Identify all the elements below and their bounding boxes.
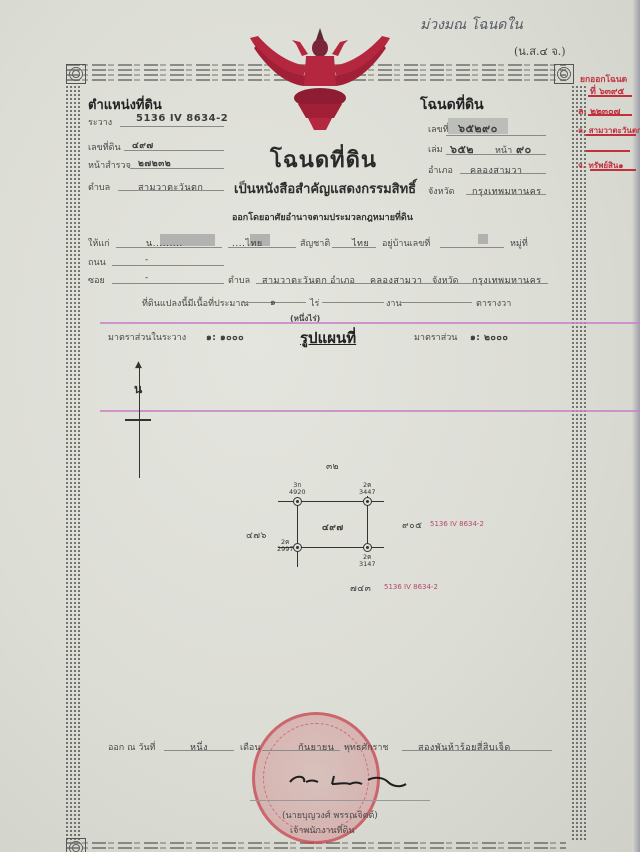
handwritten-note: ม่วงมณ โฉนดใน — [420, 14, 523, 36]
neighbor-top: ๓๒ — [326, 459, 339, 473]
underline — [256, 283, 548, 284]
boundary-marker-icon — [363, 543, 372, 552]
soi-label: ซอย — [88, 273, 105, 287]
document-subtitle: เป็นหนังสือสำคัญแสดงกรรมสิทธิ์ — [234, 178, 416, 199]
parcel-number: ๔๙๗ — [322, 520, 344, 534]
signature — [288, 770, 408, 792]
deed-heading: โฉนดที่ดิน — [420, 94, 484, 116]
year-label: พุทธศักราช — [344, 740, 389, 754]
boundary-marker-icon — [363, 497, 372, 506]
marker-code: 2ฅ3147 — [359, 554, 376, 568]
underline — [460, 173, 546, 174]
red-underline — [586, 150, 630, 152]
neighbor-bottom: ๗๔๓ — [350, 581, 371, 595]
province-value: กรุงเทพมหานคร — [472, 273, 542, 287]
soi-value: - — [145, 273, 149, 283]
neighbor-right: ๙๐๕ — [402, 518, 422, 532]
corner-ornament-icon — [66, 64, 86, 84]
north-label: น — [134, 380, 142, 399]
signature-line — [250, 800, 430, 801]
owner-to-label: ให้แก่ — [88, 236, 110, 250]
province-value-top: กรุงเทพมหานคร — [472, 184, 542, 198]
grid-scale-value: ๑: ๑๐๐๐ — [206, 330, 244, 344]
security-border-left — [66, 86, 82, 842]
month-label: เดือน — [240, 740, 260, 754]
province-label: จังหวัด — [432, 273, 459, 287]
issue-month: กันยายน — [298, 740, 334, 754]
tambon-label: ตำบล — [228, 273, 250, 287]
page-value: ๙๐ — [516, 140, 532, 158]
issue-day: หนึ่ง — [190, 740, 208, 754]
area-rai-value: ๑ — [270, 295, 276, 309]
area-label: ที่ดินแปลงนี้มีเนื้อที่ประมาณ — [142, 296, 249, 310]
tambon-value-top: สามวาตะวันตก — [138, 180, 203, 194]
deed-no-label: เลขที่ — [428, 122, 449, 136]
underline — [440, 247, 504, 248]
underline — [446, 135, 546, 136]
underline — [130, 168, 224, 169]
corner-ornament-icon — [554, 64, 574, 84]
marker-code: 3ก4920 — [289, 482, 306, 496]
neighbor-left: ๔๗๖ — [246, 528, 267, 542]
red-underline — [588, 114, 632, 116]
side-note-3: ล. ๒๒๓๐๗ — [578, 104, 620, 118]
pink-ruled-line — [100, 410, 640, 412]
road-label: ถนน — [88, 255, 106, 269]
corner-ornament-icon — [66, 838, 86, 852]
underline — [120, 126, 224, 127]
book-label: เล่ม — [428, 142, 443, 156]
underline — [112, 283, 224, 284]
pink-ruled-line — [100, 322, 640, 324]
neighbor-bottom-note: 5136 IV 8634-2 — [384, 583, 438, 591]
underline — [112, 265, 224, 266]
security-border-right — [572, 86, 588, 842]
map-heading: รูปแผนที่ — [300, 326, 356, 350]
underline — [118, 190, 224, 191]
underline — [124, 150, 224, 151]
underline — [446, 154, 546, 155]
survey-page-label: หน้าสำรวจ — [88, 158, 131, 172]
book-value: ๖๕๒ — [450, 140, 474, 158]
moo-label: หมู่ที่ — [510, 236, 528, 250]
document-title: โฉนดที่ดิน — [270, 142, 377, 177]
scale-label: มาตราส่วน — [414, 330, 457, 344]
marker-code: 2ฅ2997 — [277, 539, 294, 553]
amphoe-value: คลองสามวา — [370, 273, 422, 287]
issued-by-text: ออกโดยอาศัยอำนาจตามประมวลกฎหมายที่ดิน — [232, 210, 413, 224]
ngan-label: งาน — [386, 296, 402, 310]
neighbor-right-note: 5136 IV 8634-2 — [430, 520, 484, 528]
amphoe-label: อำเภอ — [330, 273, 355, 287]
garuda-emblem-icon — [250, 26, 390, 130]
ravang-value: 5136 IV 8634-2 — [136, 113, 228, 124]
red-underline — [586, 134, 636, 136]
form-code: (น.ส.๔ จ.) — [514, 42, 566, 60]
province-label-top: จังหวัด — [428, 184, 455, 198]
nationality-label: สัญชาติ — [300, 236, 330, 250]
amphoe-label-top: อำเภอ — [428, 163, 453, 177]
signer-title: เจ้าพนักงานที่ดิน — [290, 823, 354, 837]
land-no-label: เลขที่ดิน — [88, 140, 121, 154]
boundary-marker-icon — [293, 497, 302, 506]
marker-code: 2ฅ3447 — [359, 482, 376, 496]
boundary-marker-icon — [293, 543, 302, 552]
red-underline — [590, 169, 636, 171]
tambon-value: สามวาตะวันตก — [262, 273, 327, 287]
house-no-label: อยู่บ้านเลขที่ — [382, 236, 430, 250]
underline — [116, 247, 222, 248]
rai-label: ไร่ — [310, 296, 319, 310]
issued-date-label: ออก ณ วันที่ — [108, 740, 155, 754]
underline — [322, 302, 384, 303]
issue-year: สองพันห้าร้อยสี่สิบเจ็ด — [418, 740, 511, 754]
underline — [332, 247, 376, 248]
signer-name: (นายบุญวงศ์ พรรณจิตต์) — [282, 808, 378, 822]
scale-value: ๑: ๒๐๐๐ — [470, 330, 508, 344]
red-underline — [588, 95, 632, 97]
ravang-label: ระวาง — [88, 115, 112, 129]
grid-scale-label: มาตราส่วนในระวาง — [108, 330, 186, 344]
location-heading: ตำแหน่งที่ดิน — [88, 94, 162, 115]
underline — [400, 302, 472, 303]
wa-label: ตารางวา — [476, 296, 511, 310]
amphoe-value-top: คลองสามวา — [470, 163, 522, 177]
underline — [466, 194, 546, 195]
tambon-label-top: ตำบล — [88, 180, 110, 194]
redacted-house-no — [478, 234, 488, 244]
road-value: - — [145, 255, 149, 265]
underline — [228, 247, 296, 248]
